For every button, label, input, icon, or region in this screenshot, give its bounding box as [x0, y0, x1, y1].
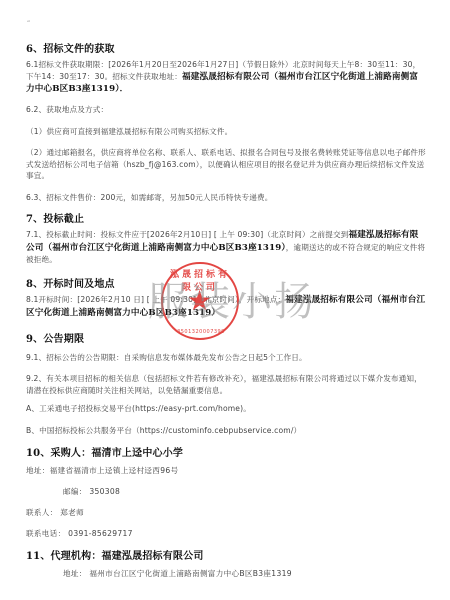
section-11-title: 11、代理机构：福建泓晟招标有限公司: [26, 547, 204, 562]
section-9-1: 9.1、招标公告的公告期限：自采购信息发布媒体最先发布公告之日起5个工作日。: [26, 352, 426, 364]
section-7-1-text: 7.1、投标截止时间：投标文件应于[2026年2月10日] [ 上午 09:30…: [26, 230, 348, 239]
section-6-3: 6.3、招标文件售价：200元，如需邮寄，另加50元人民币特快专递费。: [26, 192, 426, 204]
purchaser-address: 地址：福建省福清市上迳镇上迳村迳西96号: [26, 465, 178, 476]
seal-code: 3501320007399: [175, 329, 227, 335]
section-6-title: 6、招标文件的获取: [26, 40, 115, 55]
section-9-b: B、中国招标投标公共服务平台（https://custominfo.cebpub…: [26, 425, 426, 437]
section-6-2: 6.2、获取地点及方式：: [26, 104, 426, 116]
section-9-a: A、工采通电子招投标交易平台(https://easy-prt.com/home…: [26, 403, 426, 415]
section-10-title: 10、采购人：福清市上迳中心小学: [26, 444, 183, 459]
section-6-2-2: （2）通过邮箱报名，供应商将单位名称、联系人、联系电话、拟报名合同包号及报名费转…: [26, 147, 426, 182]
document-page: ” 6、招标文件的获取 6.1招标文件获取期限：[2026年1月20日至2026…: [0, 0, 450, 600]
top-mark: ”: [27, 20, 30, 27]
section-6-1: 6.1招标文件获取期限：[2026年1月20日至2026年1月27日]（节假日除…: [26, 59, 426, 96]
section-7-title: 7、投标截止: [26, 210, 84, 225]
section-9-title: 9、公告期限: [26, 330, 84, 345]
section-8-title: 8、开标时间及地点: [26, 275, 115, 290]
purchaser-contact: 联系人： 郑老师: [26, 507, 84, 518]
section-6-2-1: （1）供应商可直接到福建泓晟招标有限公司购买招标文件。: [26, 126, 426, 138]
purchaser-phone: 联系电话： 0391-85629717: [26, 528, 133, 539]
purchaser-postcode: 邮编： 350308: [63, 486, 120, 497]
watermark: 服装小扬: [148, 270, 316, 327]
section-9-2: 9.2、有关本项目招标的相关信息（包括招标文件若有修改补充），福建泓晟招标有限公…: [26, 373, 426, 396]
agency-address: 地址： 福州市台江区宁化街道上浦路南侧富力中心B区B3座1319: [63, 568, 292, 579]
section-7-1: 7.1、投标截止时间：投标文件应于[2026年2月10日] [ 上午 09:30…: [26, 229, 426, 266]
